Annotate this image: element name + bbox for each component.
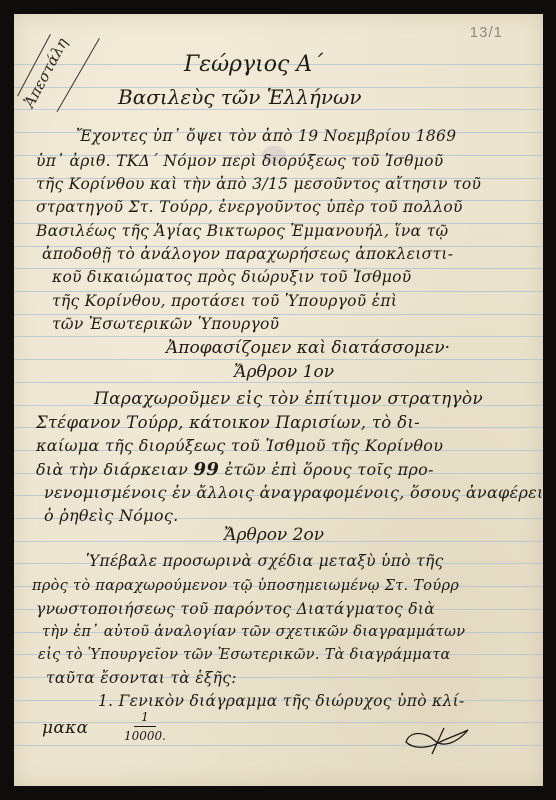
preamble-line: τῆς Κορίνθου καὶ τὴν ἀπὸ 3/15 μεσοῦντος … bbox=[36, 177, 481, 193]
fraction-bar bbox=[134, 726, 156, 727]
preamble-line: στρατηγοῦ Στ. Τούρρ, ἐνεργοῦντος ὑπὲρ το… bbox=[36, 200, 463, 216]
article-1-line: ὁ ῥηθεὶς Νόμος. bbox=[44, 508, 178, 524]
article-2-line: Ὑπέβαλε προσωρινὰ σχέδια μεταξὺ ὑπὸ τῆς bbox=[86, 554, 444, 570]
preamble-line: Ἔχοντες ὑπ᾽ ὄψει τὸν ἀπὸ 19 Νοεμβρίου 18… bbox=[76, 129, 456, 145]
article-1-line: διὰ τὴν διάρκειαν 99 ἐτῶν ἐπὶ ὅρους τοῖς… bbox=[36, 461, 434, 479]
list-item-continuation: μακα bbox=[42, 720, 88, 737]
article-1-heading: Ἄρθρον 1ον bbox=[234, 364, 334, 381]
ruled-line bbox=[14, 109, 543, 110]
scale-numerator: 1 bbox=[141, 710, 149, 724]
preamble-line: ὑπ᾽ ἀριθ. ΤΚΔ΄ Νόμον περὶ διορύξεως τοῦ … bbox=[36, 154, 443, 170]
article-1-line: Παραχωροῦμεν εἰς τὸν ἐπίτιμον στρατηγὸν bbox=[94, 391, 483, 408]
scale-denominator: 10000. bbox=[124, 729, 166, 743]
document-title: Γεώργιος Α΄ bbox=[184, 54, 323, 76]
manuscript-page: 13/1 Ἀπεστάλη Γεώργιος Α΄ Βασιλεὺς τῶν Ἑ… bbox=[14, 14, 543, 786]
document-subtitle: Βασιλεὺς τῶν Ἑλλήνων bbox=[118, 87, 362, 107]
scale-fraction: 1 10000. bbox=[124, 710, 166, 743]
signature-flourish-icon bbox=[404, 722, 474, 756]
article-1-line-part: διὰ τὴν διάρκειαν bbox=[36, 460, 194, 479]
article-1-line: Στέφανον Τούρρ, κάτοικον Παρισίων, τὸ δι… bbox=[36, 415, 420, 432]
folio-number: 13/1 bbox=[470, 24, 503, 41]
article-1-line-part: ἐτῶν ἐπὶ ὅρους τοῖς προ- bbox=[219, 460, 434, 479]
preamble-line: τῆς Κορίνθου, προτάσει τοῦ Ὑπουργοῦ ἐπὶ bbox=[52, 294, 397, 310]
article-2-line: εἰς τὸ Ὑπουργεῖον τῶν Ἐσωτερικῶν. Τὰ δια… bbox=[38, 648, 451, 663]
ruled-line bbox=[14, 359, 543, 360]
preamble-line: ἀποδοθῇ τὸ ἀνάλογον παραχωρήσεως ἀποκλει… bbox=[42, 247, 453, 263]
list-item: 1. Γενικὸν διάγραμμα τῆς διώρυχος ὑπὸ κλ… bbox=[98, 694, 465, 710]
decree-formula: Ἀποφασίζομεν καὶ διατάσσομεν· bbox=[166, 340, 450, 357]
signature-monogram bbox=[404, 722, 474, 760]
article-2-line: ταῦτα ἔσονται τὰ ἑξῆς: bbox=[46, 671, 237, 687]
article-2-line: γνωστοποιήσεως τοῦ παρόντος Διατάγματος … bbox=[36, 602, 435, 618]
article-2-line: τὴν ἐπ᾽ αὐτοῦ ἀναλογίαν τῶν σχετικῶν δια… bbox=[42, 625, 465, 640]
article-2-heading: Ἄρθρον 2ον bbox=[224, 527, 324, 544]
preamble-line: τῶν Ἐσωτερικῶν Ὑπουργοῦ bbox=[52, 317, 279, 333]
list-item-text: Γενικὸν διάγραμμα τῆς διώρυχος ὑπὸ κλί- bbox=[119, 692, 465, 710]
preamble-line: κοῦ δικαιώματος πρὸς διώρυξιν τοῦ Ἰσθμοῦ bbox=[52, 270, 412, 286]
article-1-line: νενομισμένοις ἐν ἄλλοις ἀναγραφομένοις, … bbox=[44, 485, 543, 501]
list-item-number: 1. bbox=[98, 692, 113, 710]
preamble-line: Βασιλέως τῆς Ἁγίας Βικτωρος Ἐμμανουήλ, ἵ… bbox=[36, 224, 448, 240]
article-2-line: πρὸς τὸ παραχωρούμενον τῷ ὑποσημειωμένῳ … bbox=[32, 579, 459, 594]
highlighted-number: 99 bbox=[194, 459, 220, 480]
article-1-line: καίωμα τῆς διορύξεως τοῦ Ἰσθμοῦ τῆς Κορί… bbox=[36, 438, 443, 454]
